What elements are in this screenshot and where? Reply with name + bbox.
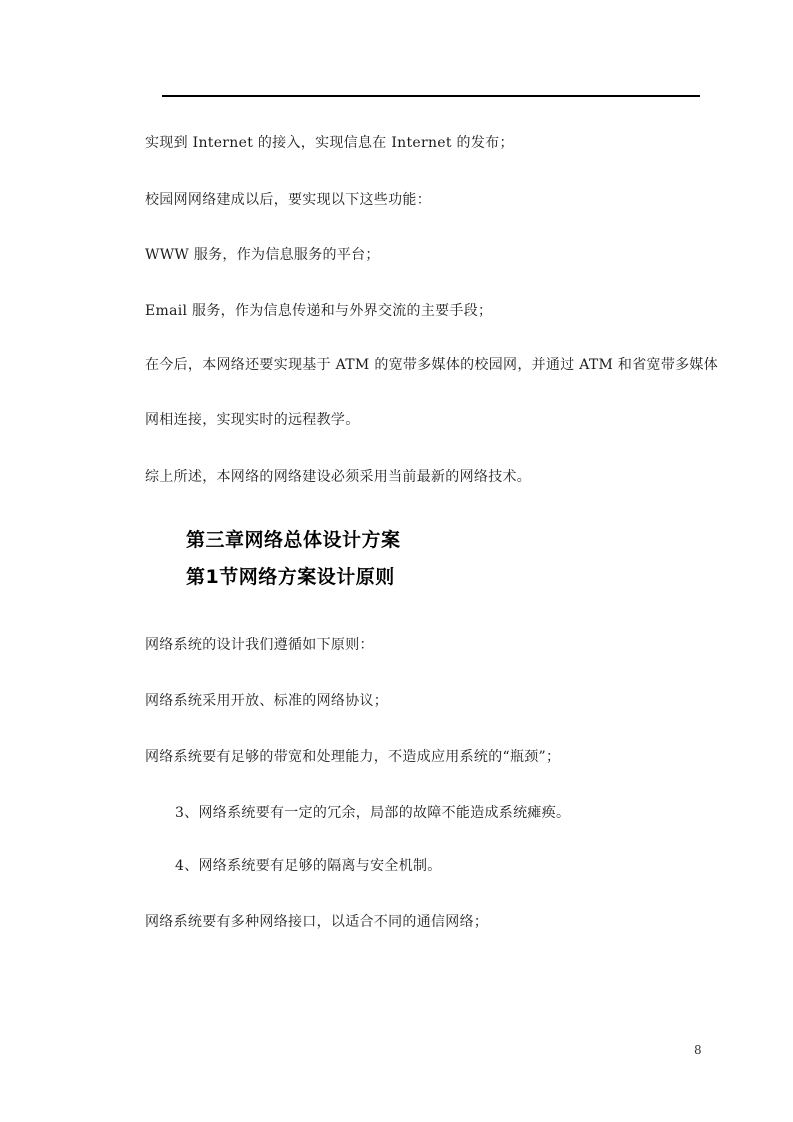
numbered-item: 4、网络系统要有足够的隔离与安全机制。 <box>145 855 720 877</box>
body-paragraph: 网络系统采用开放、标准的网络协议； <box>145 690 720 712</box>
section-heading: 第1节网络方案设计原则 <box>186 563 395 591</box>
body-paragraph: 网络系统要有足够的带宽和处理能力，不造成应用系统的“瓶颈”； <box>145 746 720 768</box>
body-paragraph: 在今后，本网络还要实现基于 ATM 的宽带多媒体的校园网，并通过 ATM 和省宽… <box>145 338 720 448</box>
body-paragraph: Email 服务，作为信息传递和与外界交流的主要手段； <box>145 300 720 322</box>
numbered-item: 3、网络系统要有一定的冗余，局部的故障不能造成系统瘫痪。 <box>145 802 720 824</box>
body-paragraph: 网络系统的设计我们遵循如下原则： <box>145 634 720 656</box>
body-paragraph: 实现到 Internet 的接入，实现信息在 Internet 的发布； <box>145 132 720 154</box>
body-paragraph: 综上所述，本网络的网络建设必须采用当前最新的网络技术。 <box>145 466 720 488</box>
chapter-heading: 第三章网络总体设计方案 <box>186 526 401 554</box>
body-paragraph: WWW 服务，作为信息服务的平台； <box>145 244 720 266</box>
header-rule <box>162 95 700 97</box>
body-paragraph: 网络系统要有多种网络接口，以适合不同的通信网络； <box>145 911 720 933</box>
body-paragraph: 校园网网络建成以后，要实现以下这些功能： <box>145 189 720 211</box>
document-page: 实现到 Internet 的接入，实现信息在 Internet 的发布； 校园网… <box>0 0 793 1122</box>
page-number: 8 <box>694 1042 702 1058</box>
